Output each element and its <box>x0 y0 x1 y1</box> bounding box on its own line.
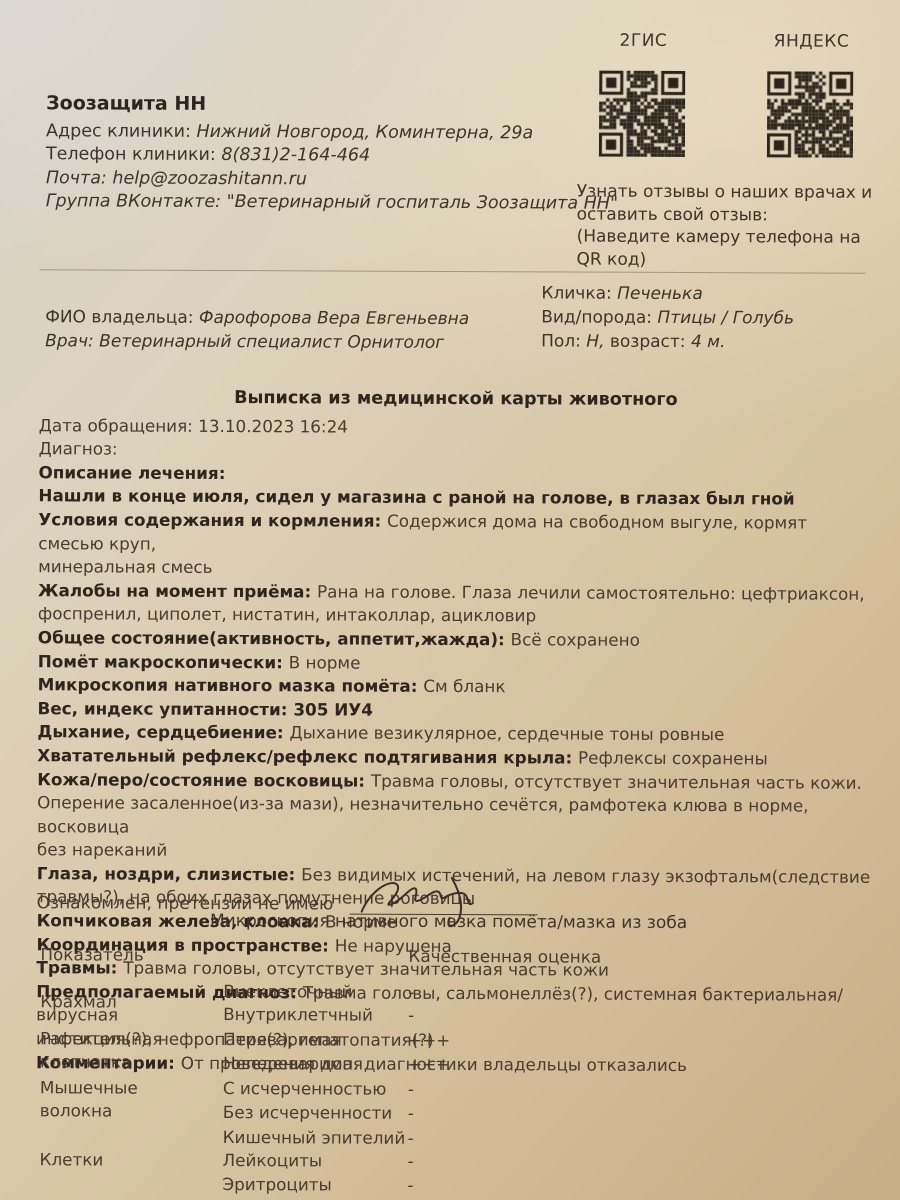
table-group-rows: С исчерченностью-Без исчерченности- <box>223 1077 740 1126</box>
microscopy-table: Показатель Качественная оценка КрахмалВн… <box>39 944 740 1200</box>
doctor-label: Врач: <box>45 331 94 351</box>
record-line: Общее состояние(активность, аппетит,жажд… <box>38 626 872 653</box>
table-row-value: - <box>408 982 740 1003</box>
pet-sex-age-line: Пол: Н, возраст: 4 м. <box>541 329 794 354</box>
owner-fio-label: ФИО владельца: <box>45 307 193 328</box>
clinic-vk-value: "Ветеринарный госпиталь Зоозащита НН" <box>227 192 619 214</box>
qr-code-yandex-icon <box>767 71 853 157</box>
table-row: Лейкоциты- <box>223 1149 740 1175</box>
qr-code-2gis-icon <box>599 71 685 157</box>
table-row: Внеклеточный- <box>223 979 740 1005</box>
record-line: Микроскопия нативного мазка помёта: См б… <box>38 673 872 700</box>
table-group-name: Крахмал <box>40 990 200 1014</box>
table-body: КрахмалВнеклеточный-Внутриклетчный-Расти… <box>39 978 740 1198</box>
record-title: Выписка из медицинской карты животного <box>39 386 873 413</box>
record-line: Условия содержания и кормления: Содержис… <box>38 508 872 582</box>
table-group-name: Клетки <box>40 1148 200 1172</box>
microscopy-table-title: Микроскопия нативного мазка помёта/мазка… <box>0 910 899 934</box>
clinic-address-line: Адрес клиники: Нижний Новгород, Коминтер… <box>46 120 618 146</box>
clinic-address-value: Нижний Новгород, Коминтерна, 29а <box>196 121 533 142</box>
qr-caption: Узнать отзывы о наших врачах и оставить … <box>576 181 884 272</box>
table-group: Растительная клетчаткаПереваримая+++Непе… <box>40 1027 740 1077</box>
table-row-value: - <box>408 1151 740 1172</box>
table-row: Переваримая+++ <box>223 1028 740 1054</box>
table-row-value: +++ <box>408 1030 740 1051</box>
qr-2gis-column: 2ГИС <box>599 31 688 157</box>
table-row: Кишечный эпителий- <box>223 1125 740 1151</box>
clinic-phone-label: Телефон клиники: <box>46 144 216 165</box>
table-row-param: Внутриклетчный <box>223 1004 408 1025</box>
table-row-value: - <box>408 1079 740 1100</box>
table-group-rows: Кишечный эпителий-Лейкоциты-Эритроциты- <box>222 1125 739 1197</box>
table-row-param: Эритроциты <box>222 1174 407 1195</box>
table-row-param: Лейкоциты <box>223 1150 408 1171</box>
record-line: Хватательный рефлекс/рефлекс подтягивани… <box>37 744 871 771</box>
table-row: Эритроциты- <box>222 1172 739 1198</box>
table-header-assessment: Качественная оценка <box>408 946 740 967</box>
table-row-param: Кишечный эпителий <box>223 1127 408 1148</box>
table-group-name: Мышечные волокна <box>40 1076 200 1123</box>
clinic-phone-line: Телефон клиники: 8(831)2-164-464 <box>46 143 618 169</box>
pet-species-line: Вид/порода: Птицы / Голубь <box>541 305 794 330</box>
table-row-param: Без исчерченности <box>223 1102 408 1123</box>
table-group-name: Растительная клетчатка <box>40 1027 200 1074</box>
record-line: Дыхание, сердцебиение: Дыхание везикуляр… <box>37 721 871 748</box>
table-row-value: - <box>407 1175 739 1196</box>
photographed-paper: Зоозащита НН Адрес клиники: Нижний Новго… <box>0 0 900 1200</box>
clinic-email-line: Почта: help@zoozashitann.ru <box>46 167 618 193</box>
pet-info: Кличка: Печенька Вид/порода: Птицы / Гол… <box>541 281 794 354</box>
qr-yandex-column: ЯНДЕКС <box>767 31 856 157</box>
table-row: Без исчерченности- <box>223 1100 740 1126</box>
table-row-param: Непереваримая <box>223 1053 408 1074</box>
table-row-param: Переваримая <box>223 1029 408 1050</box>
qr-caption-line1: Узнать отзывы о наших врачах и оставить … <box>577 181 885 227</box>
clinic-vk-label: Группа ВКонтакте: <box>46 191 221 212</box>
table-group-rows: Внеклеточный-Внутриклетчный- <box>223 979 740 1028</box>
pet-name-value: Печенька <box>617 284 703 304</box>
pet-age-label: возраст: <box>610 332 686 352</box>
table-header-indicator: Показатель <box>40 944 408 966</box>
record-line: Жалобы на момент приёма: Рана на голове.… <box>38 579 872 630</box>
table-row-value: - <box>408 1128 740 1149</box>
qr-2gis-label: 2ГИС <box>599 31 687 51</box>
table-row-param: Внеклеточный <box>223 981 408 1002</box>
table-group: КлеткиКишечный эпителий-Лейкоциты-Эритро… <box>39 1125 739 1198</box>
table-row: Внутриклетчный- <box>223 1002 740 1028</box>
doctor-value: Ветеринарный специалист Орнитолог <box>99 331 444 353</box>
clinic-email-label: Почта: <box>46 168 107 188</box>
pet-sex-label: Пол: <box>541 331 581 351</box>
record-line: Нашли в конце июля, сидел у магазина с р… <box>38 485 872 512</box>
doctor-line: Врач: Ветеринарный специалист Орнитолог <box>45 329 469 355</box>
clinic-info: Зоозащита НН Адрес клиники: Нижний Новго… <box>46 92 619 216</box>
pet-name-line: Кличка: Печенька <box>541 281 794 306</box>
qr-yandex-label: ЯНДЕКС <box>767 31 855 51</box>
pet-species-label: Вид/порода: <box>541 307 652 327</box>
clinic-name: Зоозащита НН <box>46 92 618 118</box>
record-line: Дата обращения: 13.10.2023 16:24 <box>39 414 873 441</box>
owner-fio-value: Фарофорова Вера Евгеньевна <box>199 308 469 329</box>
pet-name-label: Кличка: <box>541 283 612 303</box>
table-row: С исчерченностью- <box>223 1077 740 1103</box>
table-row-value: +++ <box>408 1054 740 1075</box>
pet-species-value: Птицы / Голубь <box>657 308 794 329</box>
table-group: Мышечные волокнаС исчерченностью-Без исч… <box>40 1076 740 1126</box>
record-line: Оперение засаленное(из-за мази), незначи… <box>37 791 871 865</box>
table-row-value: - <box>408 1102 740 1123</box>
clinic-vk-line: Группа ВКонтакте: "Ветеринарный госпитал… <box>46 190 618 216</box>
clinic-phone-value: 8(831)2-164-464 <box>221 145 370 166</box>
pet-age-value: 4 м. <box>691 332 726 352</box>
qr-codes-row: 2ГИС ЯНДЕКС <box>577 31 890 158</box>
table-group: КрахмалВнеклеточный-Внутриклетчный- <box>40 978 740 1028</box>
owner-fio-line: ФИО владельца: Фарофорова Вера Евгеньевн… <box>45 305 469 331</box>
table-group-rows: Переваримая+++Непереваримая+++ <box>223 1028 740 1077</box>
owner-info: ФИО владельца: Фарофорова Вера Евгеньевн… <box>45 305 469 355</box>
table-row-value: - <box>408 1005 740 1026</box>
qr-caption-line2: (Наведите камеру телефона на QR код) <box>576 226 884 272</box>
document-content: Зоозащита НН Адрес клиники: Нижний Новго… <box>0 0 900 1200</box>
pet-sex-value: Н, <box>586 332 604 352</box>
table-header-row: Показатель Качественная оценка <box>40 944 740 967</box>
qr-review-block: 2ГИС ЯНДЕКС Узнать отзывы о наших врачах… <box>576 31 889 272</box>
clinic-address-label: Адрес клиники: <box>46 121 191 142</box>
table-row-param: С исчерченностью <box>223 1078 408 1099</box>
table-row: Непереваримая+++ <box>223 1051 740 1077</box>
clinic-email-value: help@zoozashitann.ru <box>112 168 307 189</box>
